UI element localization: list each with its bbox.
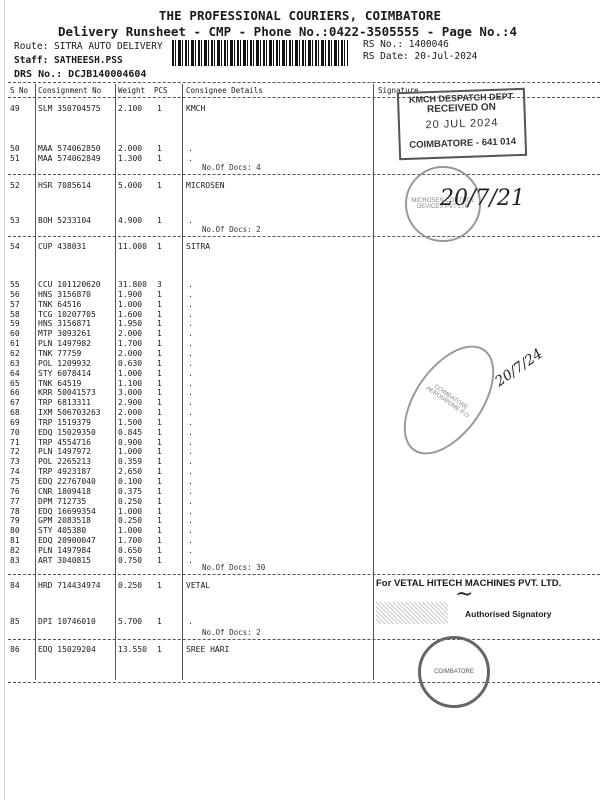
consignee-detail: . [188,516,193,525]
consignment-number: CUP 438031 [38,242,86,251]
consignment-number: MAA 574062850 [38,144,101,153]
consignment-number: STY 6078414 [38,369,91,378]
kmch-received-stamp: KMCH DESPATCH DEPT RECEIVED ON 20 JUL 20… [397,88,527,160]
pcs-value: 1 [157,300,162,309]
consignment-number: HNS 3156870 [38,290,91,299]
consignee-name: VETAL [186,581,210,590]
weight-value: 2.100 [118,104,142,113]
consignment-number: PLN 1497984 [38,546,91,555]
serial-number: 50 [10,144,20,153]
serial-number: 76 [10,487,20,496]
weight-value: 1.600 [118,310,142,319]
consignment-number: TNK 77759 [38,349,81,358]
consignment-number: CNR 1809418 [38,487,91,496]
docs-count: No.Of Docs: 4 [202,163,261,172]
consignee-detail: . [188,536,193,545]
consignee-detail: . [188,477,193,486]
pcs-value: 1 [157,546,162,555]
serial-number: 63 [10,359,20,368]
staff-label: Staff: SATHEESH.PSS [14,55,123,66]
consignee-detail: . [188,447,193,456]
stamp-smudge [376,602,448,624]
consignment-number: DPI 10746010 [38,617,96,626]
sitra-signature: 20/7/24 [492,346,545,390]
consignee-detail: . [188,546,193,555]
serial-number: 73 [10,457,20,466]
drs-number: DRS No.: DCJB140004604 [14,69,146,80]
pcs-value: 1 [157,310,162,319]
group-divider [8,236,600,237]
serial-number: 71 [10,438,20,447]
serial-number: 79 [10,516,20,525]
col-header-weight: Weight [118,86,145,95]
pcs-value: 1 [157,181,162,190]
consignment-number: TCG 10207705 [38,310,96,319]
weight-value: 0.100 [118,477,142,486]
pcs-value: 1 [157,418,162,427]
consignment-number: TRP 4923187 [38,467,91,476]
consignee-detail: . [188,369,193,378]
serial-number: 49 [10,104,20,113]
microsen-signature: 20/7/21 [440,186,525,211]
pcs-value: 1 [157,617,162,626]
runsheet-subtitle: Delivery Runsheet - CMP - Phone No.:0422… [58,24,517,39]
consignee-name: KMCH [186,104,205,113]
seal-text: COIMBATORE AERODROME P.O [419,377,478,424]
company-title: THE PROFESSIONAL COURIERS, COIMBATORE [0,8,600,23]
page-edge [4,0,5,800]
serial-number: 55 [10,280,20,289]
weight-value: 4.900 [118,216,142,225]
weight-value: 5.700 [118,617,142,626]
serial-number: 68 [10,408,20,417]
pcs-value: 1 [157,447,162,456]
consignee-detail: . [188,487,193,496]
serial-number: 72 [10,447,20,456]
group-divider [8,639,600,640]
consignee-detail: . [188,300,193,309]
pcs-value: 1 [157,290,162,299]
pcs-value: 1 [157,339,162,348]
weight-value: 2.000 [118,144,142,153]
docs-count: No.Of Docs: 2 [202,628,261,637]
weight-value: 1.950 [118,319,142,328]
consignment-number: TNK 64516 [38,300,81,309]
serial-number: 85 [10,617,20,626]
consignee-detail: . [188,379,193,388]
consignee-detail: . [188,467,193,476]
consignment-number: TNK 64519 [38,379,81,388]
weight-value: 1.100 [118,379,142,388]
vetal-signature: ~ [455,582,473,607]
consignee-detail: . [188,497,193,506]
serial-number: 60 [10,329,20,338]
col-header-pcs: PCS [154,86,168,95]
pcs-value: 1 [157,216,162,225]
consignment-number: EDQ 22767040 [38,477,96,486]
consignee-detail: . [188,418,193,427]
consignee-name: MICROSEN [186,181,225,190]
consignment-number: EDQ 15029204 [38,645,96,654]
weight-value: 0.650 [118,546,142,555]
sitra-seal: COIMBATORE AERODROME P.O [386,330,513,471]
consignee-detail: . [188,428,193,437]
weight-value: 2.900 [118,398,142,407]
weight-value: 1.300 [118,154,142,163]
pcs-value: 1 [157,369,162,378]
consignment-number: EDQ 16699354 [38,507,96,516]
consignee-detail: . [188,457,193,466]
docs-count: No.Of Docs: 30 [202,563,265,572]
pcs-value: 1 [157,556,162,565]
weight-value: 1.000 [118,507,142,516]
serial-number: 62 [10,349,20,358]
pcs-value: 1 [157,507,162,516]
weight-value: 1.000 [118,369,142,378]
consignee-detail: . [188,408,193,417]
col-header-consignee: Consignee Details [186,86,263,95]
serial-number: 64 [10,369,20,378]
weight-value: 0.250 [118,581,142,590]
consignee-detail: . [188,280,193,289]
consignment-number: TRP 4554716 [38,438,91,447]
serial-number: 75 [10,477,20,486]
weight-value: 13.550 [118,645,147,654]
pcs-value: 1 [157,329,162,338]
docs-count: No.Of Docs: 2 [202,225,261,234]
consignment-number: MAA 574062849 [38,154,101,163]
consignment-number: POL 2265213 [38,457,91,466]
pcs-value: 1 [157,467,162,476]
serial-number: 67 [10,398,20,407]
serial-number: 70 [10,428,20,437]
pcs-value: 1 [157,581,162,590]
weight-value: 0.630 [118,359,142,368]
weight-value: 11.000 [118,242,147,251]
pcs-value: 1 [157,388,162,397]
weight-value: 2.650 [118,467,142,476]
header-divider-top [8,82,600,83]
consignee-detail: . [188,398,193,407]
consignee-name: SITRA [186,242,210,251]
pcs-value: 1 [157,428,162,437]
authorised-signatory-label: Authorised Signatory [465,609,551,619]
weight-value: 0.750 [118,556,142,565]
sree-hari-seal: COIMBATORE [418,636,490,708]
serial-number: 81 [10,536,20,545]
barcode [172,40,348,66]
consignee-detail: . [188,388,193,397]
weight-value: 2.000 [118,408,142,417]
serial-number: 77 [10,497,20,506]
stamp-date: 20 JUL 2024 [400,116,524,132]
weight-value: 0.845 [118,428,142,437]
serial-number: 83 [10,556,20,565]
serial-number: 82 [10,546,20,555]
pcs-value: 1 [157,379,162,388]
pcs-value: 1 [157,154,162,163]
pcs-value: 1 [157,536,162,545]
consignment-number: IXM 506703263 [38,408,101,417]
col-header-consignment: Consignment No [38,86,101,95]
pcs-value: 1 [157,144,162,153]
weight-value: 1.000 [118,447,142,456]
consignment-number: DPM 712735 [38,497,86,506]
weight-value: 1.900 [118,290,142,299]
stamp-text: COIMBATORE - 641 014 [401,136,525,151]
consignment-number: HNS 3156871 [38,319,91,328]
consignee-detail: . [188,617,193,626]
consignee-detail: . [188,144,193,153]
weight-value: 2.000 [118,349,142,358]
serial-number: 58 [10,310,20,319]
consignment-number: CCU 101120620 [38,280,101,289]
consignee-name: SREE HARI [186,645,229,654]
weight-value: 1.500 [118,418,142,427]
rs-date: RS Date: 20-Jul-2024 [363,51,477,62]
serial-number: 65 [10,379,20,388]
consignee-detail: . [188,507,193,516]
weight-value: 0.250 [118,497,142,506]
consignee-detail: . [188,438,193,447]
consignee-detail: . [188,319,193,328]
consignment-number: GPM 2083518 [38,516,91,525]
serial-number: 86 [10,645,20,654]
consignment-number: STY 405380 [38,526,86,535]
consignment-number: HRD 714434974 [38,581,101,590]
consignee-detail: . [188,154,193,163]
consignment-number: EDQ 15029350 [38,428,96,437]
consignee-detail: . [188,359,193,368]
col-header-sno: S No [10,86,28,95]
consignee-detail: . [188,216,193,225]
consignment-number: HSR 7085614 [38,181,91,190]
serial-number: 52 [10,181,20,190]
pcs-value: 1 [157,645,162,654]
pcs-value: 1 [157,398,162,407]
consignee-detail: . [188,526,193,535]
consignment-number: PLN 1497982 [38,339,91,348]
serial-number: 84 [10,581,20,590]
serial-number: 56 [10,290,20,299]
pcs-value: 1 [157,487,162,496]
serial-number: 53 [10,216,20,225]
consignee-detail: . [188,556,193,565]
consignee-detail: . [188,290,193,299]
pcs-value: 1 [157,457,162,466]
pcs-value: 1 [157,319,162,328]
weight-value: 0.359 [118,457,142,466]
serial-number: 66 [10,388,20,397]
pcs-value: 1 [157,516,162,525]
consignment-number: TRP 6813311 [38,398,91,407]
serial-number: 51 [10,154,20,163]
pcs-value: 3 [157,280,162,289]
weight-value: 3.000 [118,388,142,397]
consignment-number: MTP 3093261 [38,329,91,338]
route-label: Route: SITRA AUTO DELIVERY [14,41,163,52]
pcs-value: 1 [157,408,162,417]
weight-value: 2.000 [118,329,142,338]
group-divider [8,682,600,683]
weight-value: 5.000 [118,181,142,190]
serial-number: 59 [10,319,20,328]
pcs-value: 1 [157,349,162,358]
consignment-number: TRP 1519379 [38,418,91,427]
group-divider [8,574,600,575]
pcs-value: 1 [157,526,162,535]
pcs-value: 1 [157,104,162,113]
weight-value: 1.000 [118,526,142,535]
consignee-detail: . [188,349,193,358]
weight-value: 0.250 [118,516,142,525]
weight-value: 0.375 [118,487,142,496]
pcs-value: 1 [157,438,162,447]
runsheet-page: THE PROFESSIONAL COURIERS, COIMBATORE De… [0,0,600,800]
consignee-detail: . [188,329,193,338]
consignment-number: BOH 5233104 [38,216,91,225]
serial-number: 74 [10,467,20,476]
serial-number: 80 [10,526,20,535]
consignment-number: PLN 1497972 [38,447,91,456]
weight-value: 31.800 [118,280,147,289]
seal-text: COIMBATORE [434,669,474,675]
group-divider [8,174,600,175]
weight-value: 0.900 [118,438,142,447]
serial-number: 54 [10,242,20,251]
serial-number: 57 [10,300,20,309]
consignment-number: POL 1209932 [38,359,91,368]
serial-number: 61 [10,339,20,348]
serial-number: 78 [10,507,20,516]
pcs-value: 1 [157,359,162,368]
weight-value: 1.000 [118,300,142,309]
pcs-value: 1 [157,477,162,486]
pcs-value: 1 [157,497,162,506]
consignee-detail: . [188,339,193,348]
serial-number: 69 [10,418,20,427]
consignment-number: EDQ 20900047 [38,536,96,545]
pcs-value: 1 [157,242,162,251]
consignment-number: KRR 50041573 [38,388,96,397]
weight-value: 1.700 [118,536,142,545]
rs-number: RS No.: 1400046 [363,39,449,50]
consignment-number: ART 3040815 [38,556,91,565]
consignment-number: SLM 350704575 [38,104,101,113]
weight-value: 1.700 [118,339,142,348]
consignee-detail: . [188,310,193,319]
